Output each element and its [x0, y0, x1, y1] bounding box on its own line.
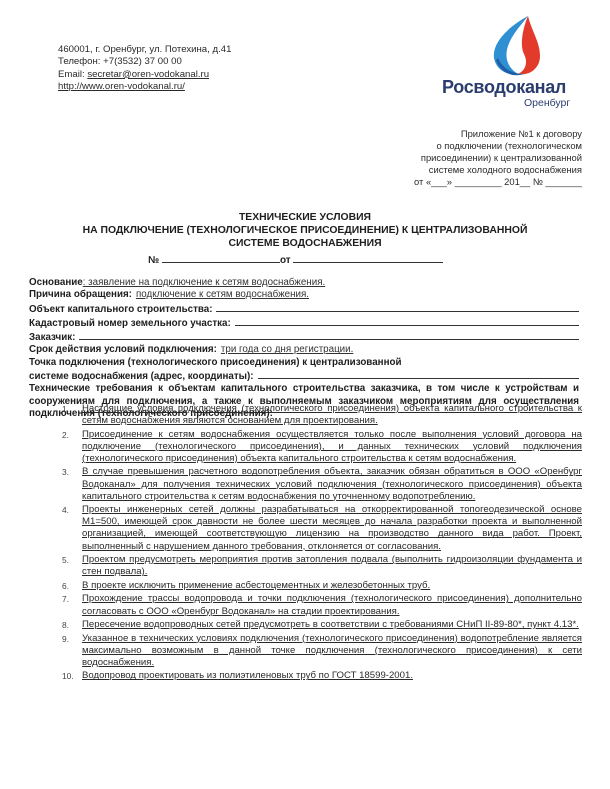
customer-row: Заказчик: — [29, 330, 579, 344]
point-label: Точка подключения (технологического прис… — [29, 357, 402, 369]
title-line: СИСТЕМЕ ВОДОСНАБЖЕНИЯ — [0, 237, 610, 250]
point-label-cont: системе водоснабжения (адрес, координаты… — [29, 371, 254, 383]
item-text: Водопровод проектировать из полиэтиленов… — [82, 670, 582, 682]
validity-label: Срок действия условий подключения: — [29, 344, 217, 356]
document-date-field[interactable] — [293, 252, 443, 263]
logo-city-name: Оренбург — [524, 97, 570, 109]
customer-label: Заказчик: — [29, 332, 75, 344]
item-text: Указанное в технических условиях подключ… — [82, 633, 582, 669]
number-label: № — [148, 255, 159, 266]
condition-item: 7.Прохождение трассы водопровода и точки… — [60, 593, 582, 617]
reason-value: подключение к сетям водоснабжения. — [136, 289, 309, 301]
point-row-2: системе водоснабжения (адрес, координаты… — [29, 369, 579, 383]
appendix-line: системе холодного водоснабжения — [322, 164, 582, 176]
item-number: 1. — [60, 403, 82, 427]
item-number: 4. — [60, 504, 82, 552]
item-text: В случае превышения расчетного водопотре… — [82, 466, 582, 502]
item-text: В проекте исключить применение асбестоце… — [82, 580, 582, 592]
item-text: Проектом предусмотреть мероприятия проти… — [82, 554, 582, 578]
item-number: 7. — [60, 593, 82, 617]
condition-item: 4.Проекты инженерных сетей должны разраб… — [60, 504, 582, 552]
item-number: 6. — [60, 580, 82, 592]
condition-item: 1.Настоящие условия подключения (техноло… — [60, 403, 582, 427]
document-number-field[interactable] — [162, 252, 280, 263]
cadastral-row: Кадастровый номер земельного участка: — [29, 316, 579, 330]
item-number: 3. — [60, 466, 82, 502]
validity-row: Срок действия условий подключения:три го… — [29, 344, 579, 356]
object-field[interactable] — [216, 302, 579, 312]
company-address: 460001, г. Оренбург, ул. Потехина, д.41 — [58, 44, 231, 56]
object-row: Объект капитального строительства: — [29, 302, 579, 316]
condition-item: 8.Пересечение водопроводных сетей предус… — [60, 619, 582, 631]
item-text: Присоединение к сетям водоснабжения осущ… — [82, 429, 582, 465]
item-text: Прохождение трассы водопровода и точки п… — [82, 593, 582, 617]
email-label: Email: — [58, 69, 87, 80]
reason-row: Причина обращения:подключение к сетям во… — [29, 289, 579, 301]
condition-item: 6.В проекте исключить применение асбесто… — [60, 580, 582, 592]
email-link[interactable]: secretar@oren-vodokanal.ru — [87, 69, 209, 80]
conditions-list: 1.Настоящие условия подключения (техноло… — [60, 403, 582, 684]
appendix-line: присоединении) к централизованной — [322, 152, 582, 164]
conditions-fields: Основание: заявление на подключение к се… — [29, 277, 579, 420]
cadastral-field[interactable] — [235, 316, 579, 326]
logo-brand-name: Росводоканал — [442, 77, 566, 98]
item-number: 8. — [60, 619, 82, 631]
condition-item: 3.В случае превышения расчетного водопот… — [60, 466, 582, 502]
object-label: Объект капитального строительства: — [29, 304, 212, 316]
connection-point-field[interactable] — [258, 369, 579, 379]
item-text: Пересечение водопроводных сетей предусмо… — [82, 619, 582, 631]
title-line: НА ПОДКЛЮЧЕНИЕ (ТЕХНОЛОГИЧЕСКОЕ ПРИСОЕДИ… — [0, 224, 610, 237]
appendix-line: от «___» _________ 201__ № _______ — [322, 176, 582, 188]
company-phone: Телефон: +7(3532) 37 00 00 — [58, 56, 231, 68]
point-row-1: Точка подключения (технологического прис… — [29, 357, 579, 369]
document-number-line: № от — [148, 252, 443, 266]
validity-value: три года со дня регистрации. — [221, 344, 353, 356]
website-link[interactable]: http://www.oren-vodokanal.ru/ — [58, 81, 231, 93]
basis-value: : заявление на подключение к сетям водос… — [83, 277, 326, 289]
item-number: 9. — [60, 633, 82, 669]
condition-item: 9.Указанное в технических условиях подкл… — [60, 633, 582, 669]
appendix-line: о подключении (технологическом — [322, 140, 582, 152]
company-email-row: Email: secretar@oren-vodokanal.ru — [58, 69, 231, 81]
item-number: 2. — [60, 429, 82, 465]
customer-field[interactable] — [79, 330, 579, 340]
item-text: Проекты инженерных сетей должны разрабат… — [82, 504, 582, 552]
item-number: 5. — [60, 554, 82, 578]
condition-item: 10.Водопровод проектировать из полиэтиле… — [60, 670, 582, 682]
water-drop-logo-icon — [436, 14, 596, 78]
title-line: ТЕХНИЧЕСКИЕ УСЛОВИЯ — [0, 211, 610, 224]
company-contact-block: 460001, г. Оренбург, ул. Потехина, д.41 … — [58, 44, 231, 94]
reason-label: Причина обращения: — [29, 289, 132, 301]
basis-row: Основание: заявление на подключение к се… — [29, 277, 579, 289]
item-text: Настоящие условия подключения (технологи… — [82, 403, 582, 427]
appendix-line: Приложение №1 к договору — [322, 128, 582, 140]
document-title: ТЕХНИЧЕСКИЕ УСЛОВИЯ НА ПОДКЛЮЧЕНИЕ (ТЕХН… — [0, 211, 610, 251]
condition-item: 2.Присоединение к сетям водоснабжения ос… — [60, 429, 582, 465]
basis-label: Основание — [29, 277, 83, 289]
company-logo: Росводоканал Оренбург — [436, 14, 596, 104]
date-label: от — [280, 255, 291, 266]
appendix-note: Приложение №1 к договору о подключении (… — [322, 128, 582, 188]
item-number: 10. — [60, 670, 82, 682]
condition-item: 5.Проектом предусмотреть мероприятия про… — [60, 554, 582, 578]
cadastral-label: Кадастровый номер земельного участка: — [29, 318, 231, 330]
